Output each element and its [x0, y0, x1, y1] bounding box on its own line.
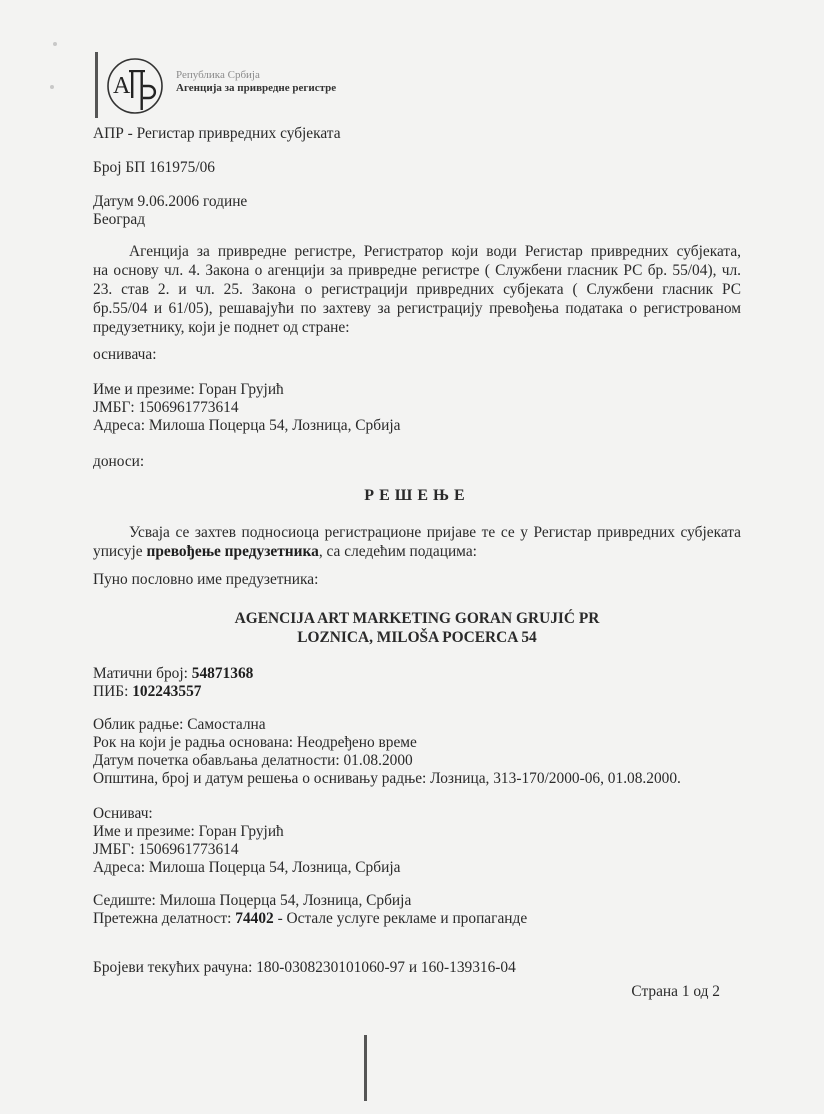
founder-address: Адреса: Милоша Поцерца 54, Лозница, Срби…: [93, 416, 400, 435]
founder2-label: Оснивач:: [93, 804, 153, 823]
bank-accounts: Бројеви текућих рачуна: 180-030823010106…: [93, 958, 516, 977]
scan-speck: [53, 42, 57, 46]
document-city: Београд: [93, 210, 145, 229]
letterhead-text: Република Србија Агенција за привредне р…: [176, 69, 336, 95]
document-page: А Република Србија Агенција за привредне…: [0, 0, 824, 1114]
detail-line: Датум почетка обављања делатности: 01.08…: [93, 751, 413, 770]
seat: Седиште: Милоша Поцерца 54, Лозница, Срб…: [93, 891, 411, 910]
decision-line: уписује превођење предузетника, са следе…: [93, 542, 741, 561]
detail-line: Рок на који је радња основана: Неодређен…: [93, 733, 417, 752]
registry-name: АПР - Регистар привредних субјеката: [93, 124, 341, 143]
reg-number: 54871368: [192, 665, 254, 682]
svg-text:А: А: [113, 73, 131, 99]
pib-label: ПИБ:: [93, 683, 132, 700]
decision-text: уписује: [93, 543, 146, 560]
scan-speck: [50, 85, 54, 89]
intro-paragraph: Агенција за привредне регистре, Регистра…: [93, 242, 741, 337]
decision-text: , са следећим подацима:: [319, 543, 477, 560]
intro-line: предузетнику, који је поднет од стране:: [93, 318, 741, 337]
letterhead-divider: [364, 1035, 367, 1101]
decision-line: Усваја се захтев подносиоца регистрацион…: [93, 523, 741, 542]
intro-line: на основу чл. 4. Закона о агенцији за пр…: [93, 261, 741, 280]
activity-desc: - Остале услуге рекламе и пропаганде: [274, 910, 527, 927]
letterhead-country: Република Србија: [176, 69, 336, 82]
detail-line: Општина, број и датум решења о оснивању …: [93, 769, 681, 788]
intro-line: Агенција за привредне регистре, Регистра…: [93, 242, 741, 261]
pib-row: ПИБ: 102243557: [93, 682, 201, 701]
intro-line: бр.55/04 и 61/05), решавајући по захтеву…: [93, 299, 741, 318]
founder2-name: Име и презиме: Горан Грујић: [93, 822, 284, 841]
activity-label: Претежна делатност:: [93, 910, 235, 927]
decision-bold: превођење предузетника: [146, 543, 318, 560]
intro-line: 23. став 2. и чл. 25. Закона о регистрац…: [93, 280, 741, 299]
decision-title: РЕШЕЊЕ: [93, 487, 741, 505]
detail-line: Облик радње: Самостална: [93, 715, 266, 734]
decision-paragraph: Усваја се захтев подносиоца регистрацион…: [93, 523, 741, 561]
reg-number-label: Матични број:: [93, 665, 192, 682]
reg-number-row: Матични број: 54871368: [93, 664, 253, 683]
document-date: Датум 9.06.2006 године: [93, 192, 247, 211]
company-name-line1: AGENCIJA ART MARKETING GORAN GRUJIĆ PR: [93, 609, 741, 628]
founder2-jmbg: ЈМБГ: 1506961773614: [93, 840, 239, 859]
letterhead: А Република Србија Агенција за привредне…: [95, 52, 367, 120]
document-number: Број БП 161975/06: [93, 158, 215, 177]
page-number: Страна 1 од 2: [631, 983, 720, 1001]
company-name: AGENCIJA ART MARKETING GORAN GRUJIĆ PR L…: [93, 609, 741, 647]
decides-label: доноси:: [93, 452, 144, 471]
founder-jmbg: ЈМБГ: 1506961773614: [93, 398, 239, 417]
activity-code: 74402: [235, 910, 273, 927]
activity-row: Претежна делатност: 74402 - Остале услуг…: [93, 909, 527, 928]
letterhead-agency: Агенција за привредне регистре: [176, 82, 336, 95]
fullname-label: Пуно пословно име предузетника:: [93, 570, 318, 589]
pib-value: 102243557: [132, 683, 201, 700]
founder2-address: Адреса: Милоша Поцерца 54, Лозница, Срби…: [93, 858, 400, 877]
founder-label: оснивача:: [93, 345, 157, 364]
founder-name: Име и презиме: Горан Грујић: [93, 380, 284, 399]
apr-logo-icon: А: [105, 56, 165, 116]
letterhead-divider: [95, 52, 98, 118]
company-name-line2: LOZNICA, MILOŠA POCERCA 54: [93, 628, 741, 647]
